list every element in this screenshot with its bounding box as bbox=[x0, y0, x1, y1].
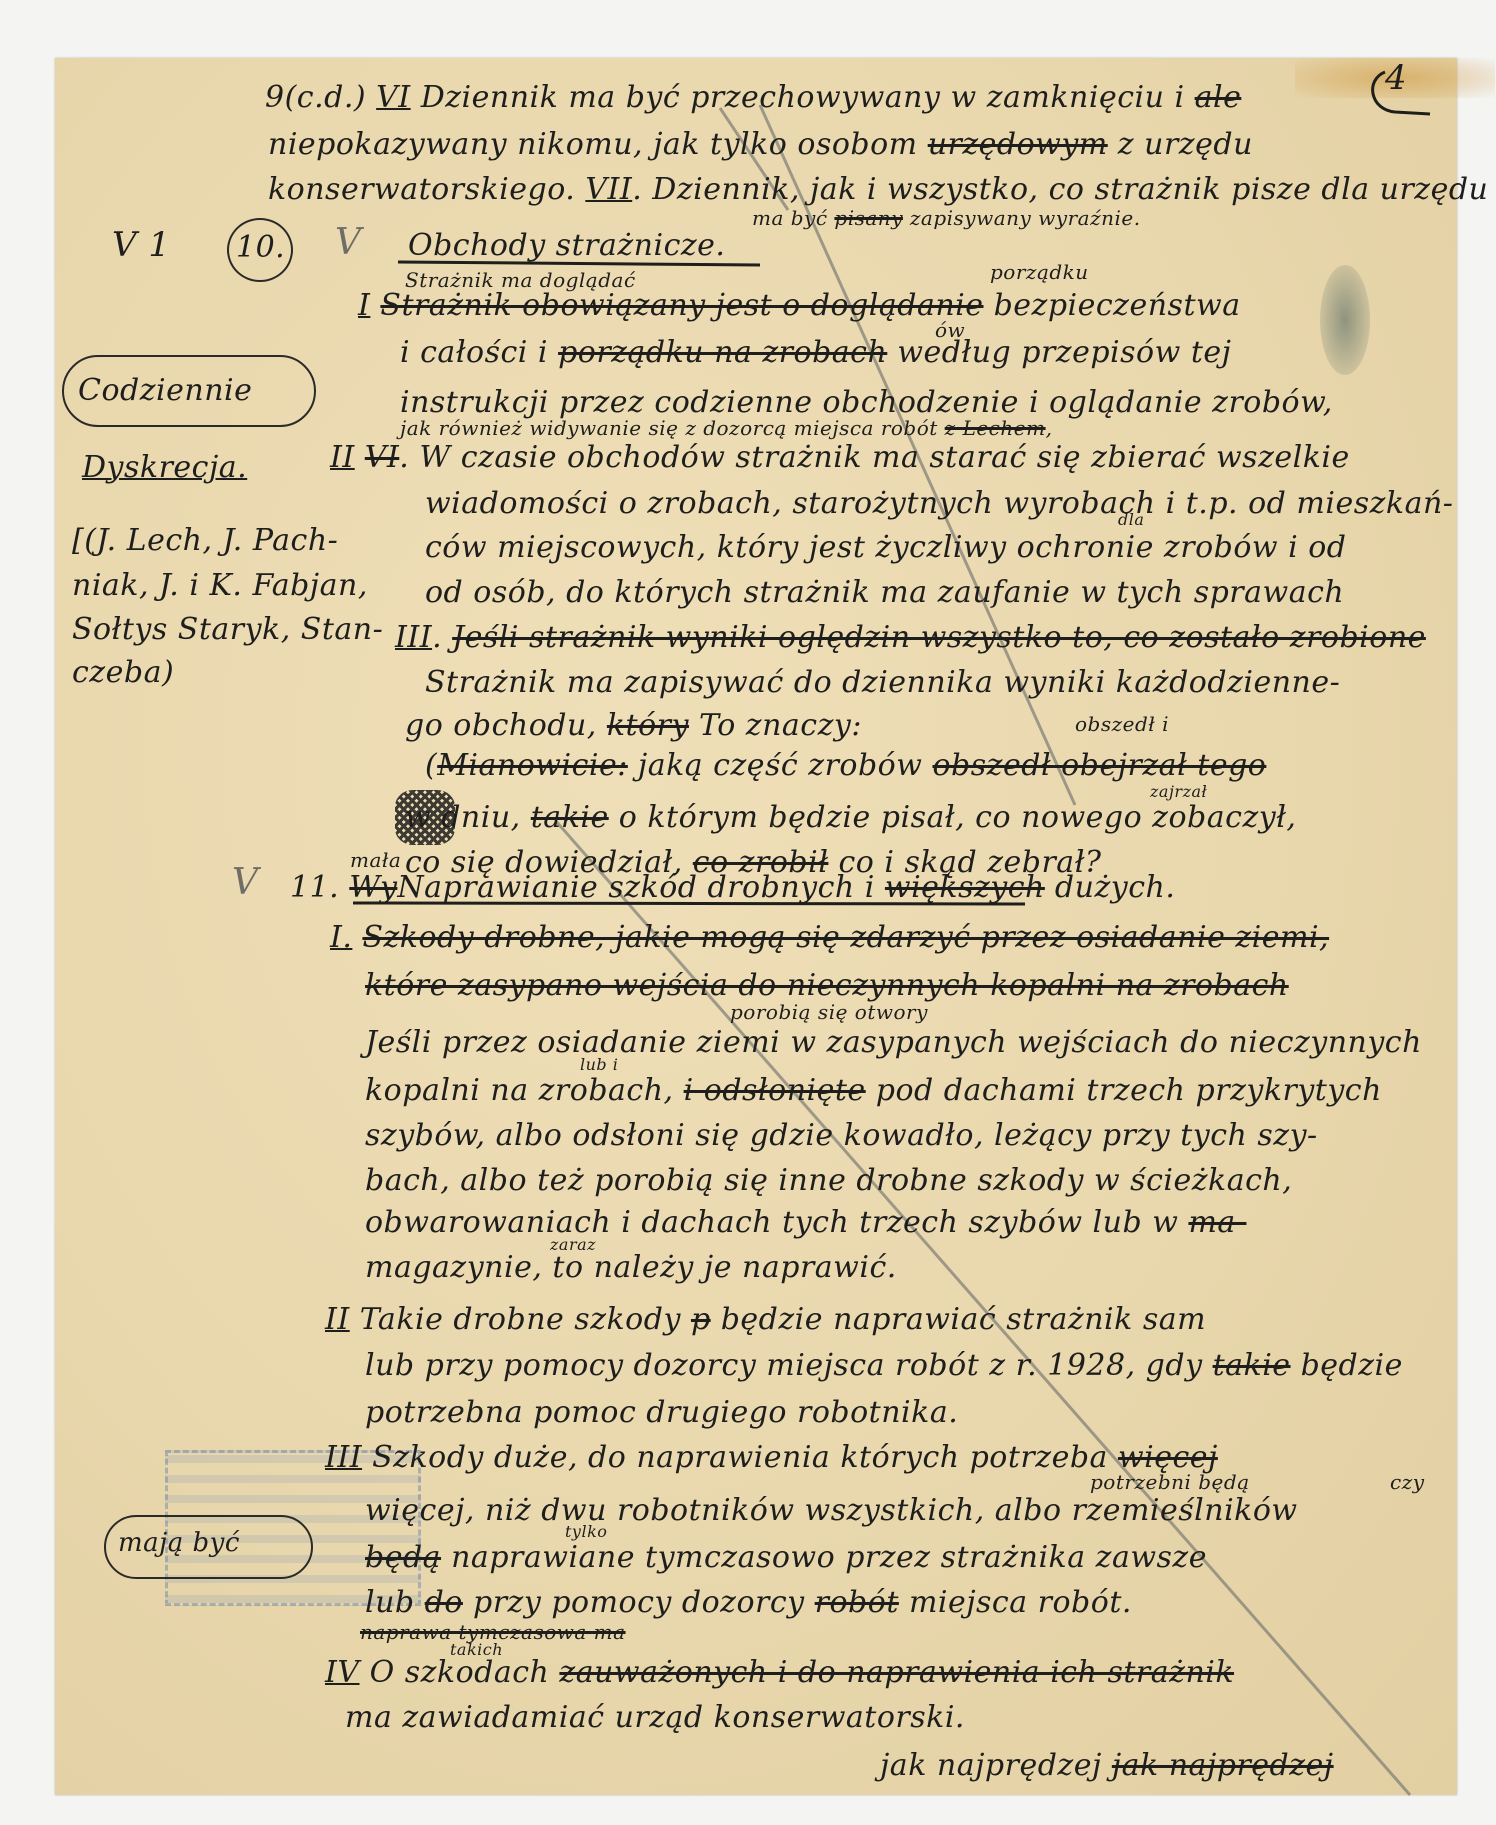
section-11-iii-line3: będą naprawiane tymczasowo przez strażni… bbox=[365, 1540, 1207, 1575]
section-10-i-line3: instrukcji przez codzienne obchodzenie i… bbox=[400, 385, 1333, 420]
section-10-iii-line4: (Mianowicie: jaką część zrobów obszedł o… bbox=[425, 748, 1266, 783]
section-11-i-line8: magazynie, to należy je naprawić. bbox=[365, 1250, 897, 1285]
section-11-iii-line4: lub do przy pomocy dozorcy robót miejsca… bbox=[365, 1585, 1132, 1620]
margin-names-line1: [(J. Lech, J. Pach- bbox=[72, 523, 338, 558]
section-10-ii-line4: od osób, do których strażnik ma zaufanie… bbox=[425, 575, 1344, 610]
section-10-iii-insert: obszedł i bbox=[1075, 712, 1169, 736]
section-10-iii-line1: III. Jeśli strażnik wyniki oględzin wszy… bbox=[395, 620, 1426, 655]
section-11-i-line1: I. Szkody drobne, jakie mogą się zdarzyć… bbox=[330, 920, 1329, 955]
section-10-i-insert-porzadku: porządku bbox=[990, 260, 1089, 284]
section-11-iii-insert: potrzebni będą bbox=[1090, 1470, 1250, 1494]
margin-check-marks: V 1 bbox=[112, 225, 171, 265]
section-10-i-line2: i całości i porządku na zrobach według p… bbox=[400, 335, 1231, 370]
section-10-ii-insert-dla: dla bbox=[1118, 510, 1144, 529]
section-9-vii-line2: ma być pisany zapisywany wyraźnie. bbox=[752, 206, 1141, 230]
section-11-iii-insert-czy: czy bbox=[1390, 1470, 1425, 1494]
margin-box-label: Codziennie bbox=[78, 373, 252, 408]
margin-names-line4: czeba) bbox=[72, 655, 174, 690]
section-10-ii-line3: ców miejscowych, który jest życzliwy och… bbox=[425, 530, 1347, 565]
section-11-i-insert-lub: lub i bbox=[580, 1055, 618, 1074]
section-11-iii-insert-tylko: tylko bbox=[565, 1522, 607, 1541]
section-10-number: 10. bbox=[236, 230, 285, 265]
section-10-iii-line2: Strażnik ma zapisywać do dziennika wynik… bbox=[425, 665, 1340, 700]
section-9-label: 9(c.d.) VI Dziennik ma być przechowywany… bbox=[265, 80, 1241, 115]
section-11-i-line2: które zasypano wejścia do nieczynnych ko… bbox=[365, 968, 1289, 1003]
section-11-ii-line1: II Takie drobne szkody p będzie naprawia… bbox=[325, 1302, 1206, 1337]
section-11-i-insert: porobią się otwory bbox=[730, 1000, 928, 1024]
section-9-vi-line3: konserwatorskiego. VII. Dziennik, jak i … bbox=[268, 172, 1488, 207]
section-11-ii-line3: potrzebna pomoc drugiego robotnika. bbox=[365, 1395, 958, 1430]
section-9-vi-line2: niepokazywany nikomu, jak tylko osobom u… bbox=[268, 127, 1253, 162]
section-10-title: Obchody strażnicze. bbox=[408, 228, 725, 263]
section-11-check-mark-icon: V bbox=[232, 862, 259, 903]
section-11-iv-line3: jak najprędzej jak najprędzej bbox=[880, 1748, 1334, 1783]
margin-discretion-label: Dyskrecja. bbox=[82, 450, 247, 485]
section-11-ii-line2: lub przy pomocy dozorcy miejsca robót z … bbox=[365, 1348, 1403, 1383]
margin-bottom-label: mają być bbox=[118, 1528, 240, 1558]
section-11-iii-line1: III Szkody duże, do naprawienia których … bbox=[325, 1440, 1218, 1475]
section-11-margin-scribble: mała bbox=[350, 848, 401, 872]
section-11-i-line4: kopalni na zrobach, i odsłonięte pod dac… bbox=[365, 1073, 1382, 1108]
section-10-ii-line1: II VI. W czasie obchodów strażnik ma sta… bbox=[330, 440, 1350, 475]
section-11-iv-line1: IV O szkodach zauważonych i do naprawien… bbox=[325, 1655, 1234, 1690]
section-10-iii-line3: go obchodu, który To znaczy: bbox=[405, 708, 862, 743]
section-10-iii-line5: w dniu, takie o którym będzie pisał, co … bbox=[405, 800, 1296, 835]
section-11-i-line3: Jeśli przez osiadanie ziemi w zasypanych… bbox=[365, 1025, 1422, 1060]
section-11-iv-line2: ma zawiadamiać urząd konserwatorski. bbox=[345, 1700, 965, 1735]
section-11-i-line5: szybów, albo odsłoni się gdzie kowadło, … bbox=[365, 1118, 1318, 1153]
check-mark-icon: V bbox=[335, 222, 362, 263]
section-10-ii-line2: wiadomości o zrobach, starożytnych wyrob… bbox=[425, 486, 1453, 521]
margin-names-line2: niak, J. i K. Fabjan, bbox=[72, 568, 368, 603]
section-11-iii-line2: więcej, niż dwu robotników wszystkich, a… bbox=[365, 1493, 1298, 1528]
margin-names-line3: Sołtys Staryk, Stan- bbox=[72, 612, 383, 647]
section-10-i-line4: jak również widywanie się z dozorcą miej… bbox=[400, 416, 1052, 440]
section-10-iii-insert2: zajrzał bbox=[1150, 782, 1207, 801]
section-11-i-line6: bach, albo też porobią się inne drobne s… bbox=[365, 1163, 1292, 1198]
ink-scribble bbox=[395, 790, 455, 845]
section-11-title: 11. WyNaprawianie szkód drobnych i więks… bbox=[290, 870, 1175, 905]
section-11-i-line7: obwarowaniach i dachach tych trzech szyb… bbox=[365, 1205, 1246, 1240]
section-10-i-line1: I Strażnik obowiązany jest o doglądanie … bbox=[358, 288, 1241, 323]
